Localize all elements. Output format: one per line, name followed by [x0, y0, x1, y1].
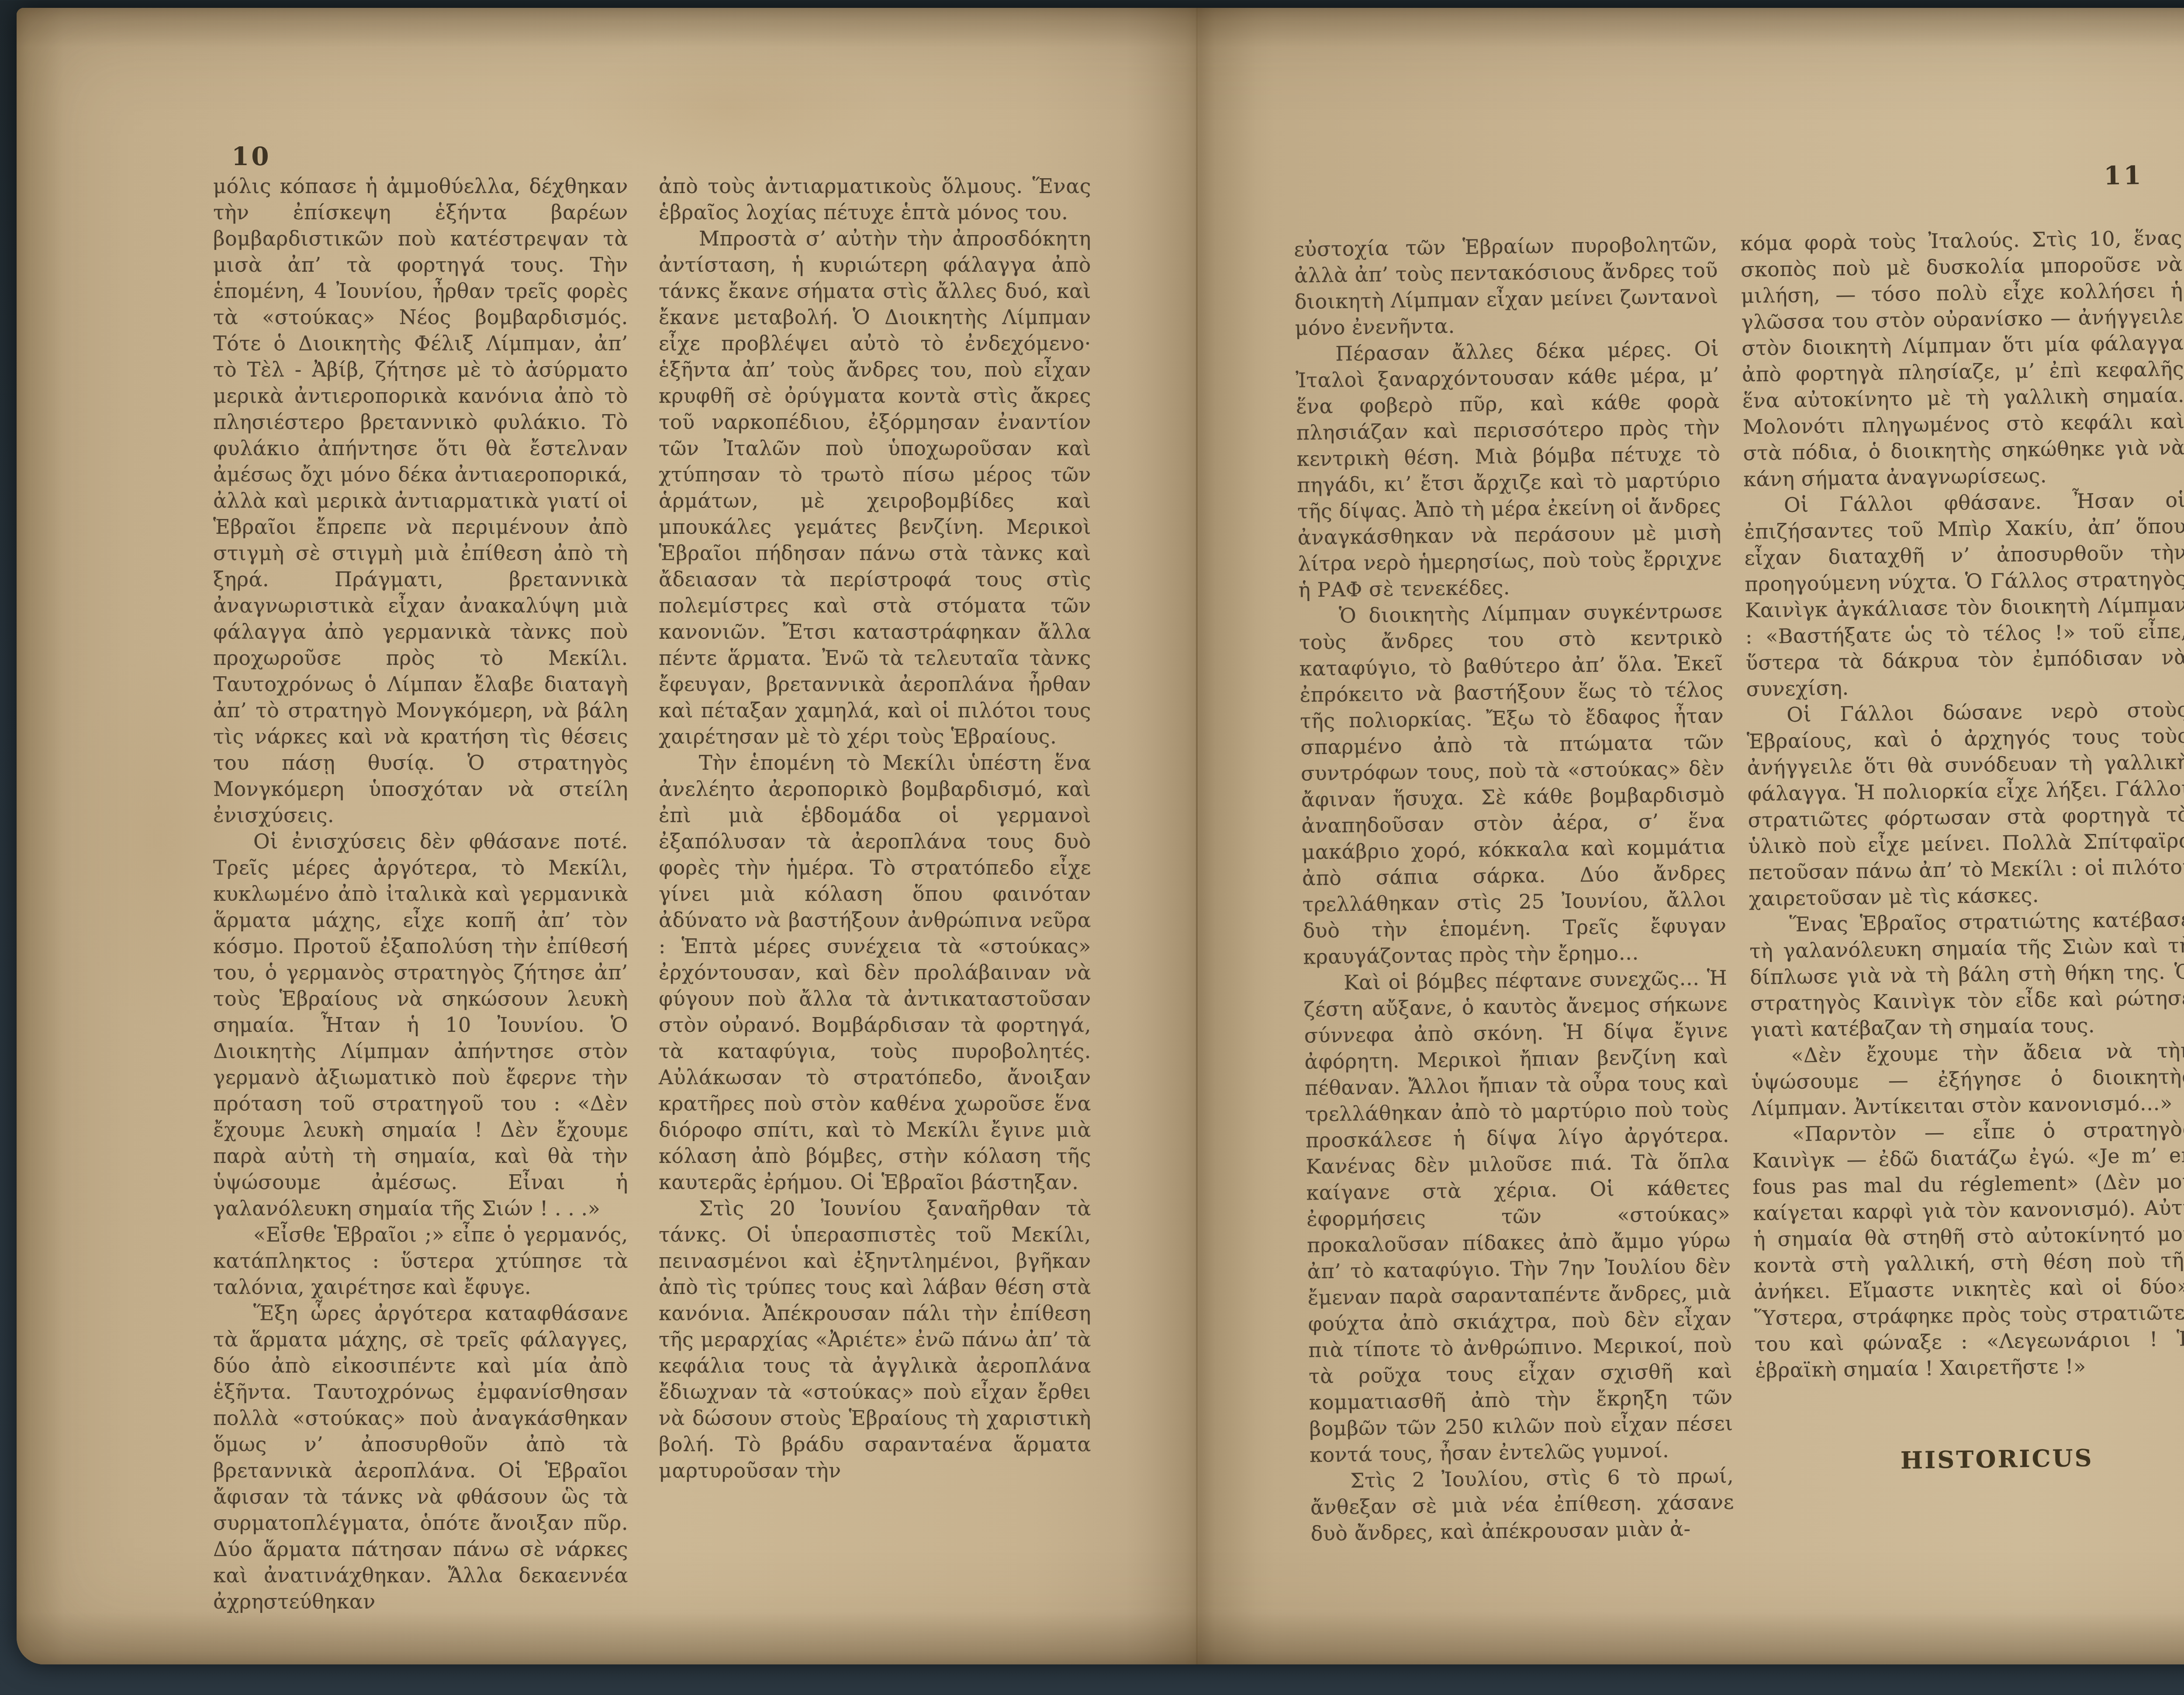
page-number-left: 10: [232, 142, 271, 171]
left-page-column-1: μόλις κόπασε ἡ ἀμμοθύελλα, δέχθηκαν τὴν …: [213, 173, 628, 1615]
page-left: 10 μόλις κόπασε ἡ ἀμμοθύελλα, δέχθηκαν τ…: [17, 8, 1197, 1664]
paragraph: μόλις κόπασε ἡ ἀμμοθύελλα, δέχθηκαν τὴν …: [213, 173, 628, 828]
author-signature: HISTORICUS: [1756, 1443, 2184, 1475]
paragraph: Ὁ διοικητὴς Λίμπμαν συγκέντρωσε τοὺς ἄνδ…: [1299, 598, 1727, 970]
paragraph: Ἕνας Ἑβραῖος στρατιώτης κατέβασε τὴ γαλα…: [1749, 906, 2184, 1043]
paragraph: Ἕξη ὧρες ἀργότερα καταφθάσανε τὰ ἅρματα …: [213, 1300, 628, 1615]
paragraph: Οἱ Γάλλοι δώσανε νερὸ στοὺς Ἑβραίους, κα…: [1746, 696, 2184, 912]
paragraph: Στὶς 20 Ἰουνίου ξαναῆρθαν τὰ τάνκς. Οἱ ὑ…: [659, 1195, 1091, 1484]
paragraph: «Παρντὸν — εἶπε ὁ στρατηγὸς Καινὶγκ — ἐδ…: [1752, 1116, 2184, 1384]
right-page-column-1: εὐστοχία τῶν Ἑβραίων πυροβολητῶν, ἀλλὰ ἀ…: [1294, 231, 1735, 1546]
paragraph: κόμα φορὰ τοὺς Ἰταλούς. Στὶς 10, ἕνας σκ…: [1740, 225, 2184, 492]
page-right: 11 εὐστοχία τῶν Ἑβραίων πυροβολητῶν, ἀλλ…: [1197, 8, 2184, 1664]
scanned-book-spread: { "document": { "kind": "Scanned two-pag…: [0, 0, 2184, 1695]
paragraph: Οἱ ἐνισχύσεις δὲν φθάσανε ποτέ. Τρεῖς μέ…: [213, 828, 628, 1221]
paragraph: «Δὲν ἔχουμε τὴν ἄδεια νὰ τὴν ὑψώσουμε — …: [1751, 1037, 2184, 1121]
paragraph: Πέρασαν ἄλλες δέκα μέρες. Οἱ Ἰταλοὶ ξανα…: [1295, 336, 1722, 603]
paragraph: Μπροστὰ σ’ αὐτὴν τὴν ἀπροσδόκητη ἀντίστα…: [659, 225, 1091, 750]
page-fold: [1196, 8, 1198, 1664]
book-spread: 10 μόλις κόπασε ἡ ἀμμοθύελλα, δέχθηκαν τ…: [17, 8, 2184, 1664]
page-number-right: 11: [2104, 160, 2144, 190]
paragraph: Καὶ οἱ βόμβες πέφτανε συνεχῶς… Ἡ ζέστη α…: [1303, 965, 1734, 1468]
right-page-column-2: κόμα φορὰ τοὺς Ἰταλούς. Στὶς 10, ἕνας σκ…: [1740, 225, 2184, 1475]
paragraph: «Εἶσθε Ἑβραῖοι ;» εἶπε ὁ γερμανός, κατάπ…: [213, 1221, 628, 1300]
paragraph: ἀπὸ τοὺς ἀντιαρματικοὺς ὅλμους. Ἕνας ἑβρ…: [659, 173, 1091, 225]
paragraph: Οἱ Γάλλοι φθάσανε. Ἦσαν οἱ ἐπιζήσαντες τ…: [1744, 487, 2184, 702]
paragraph: Τὴν ἑπομένη τὸ Μεκίλι ὑπέστη ἕνα ἀνελέητ…: [659, 750, 1091, 1195]
paragraph: εὐστοχία τῶν Ἑβραίων πυροβολητῶν, ἀλλὰ ἀ…: [1294, 231, 1719, 341]
right-page-content: 11 εὐστοχία τῶν Ἑβραίων πυροβολητῶν, ἀλλ…: [1186, 8, 2184, 1664]
paper-stain: [563, 43, 895, 174]
paragraph: Στὶς 2 Ἰουλίου, στὶς 6 τὸ πρωί, ἄνθεξαν …: [1310, 1463, 1735, 1547]
left-page-column-2: ἀπὸ τοὺς ἀντιαρματικοὺς ὅλμους. Ἕνας ἑβρ…: [659, 173, 1091, 1484]
